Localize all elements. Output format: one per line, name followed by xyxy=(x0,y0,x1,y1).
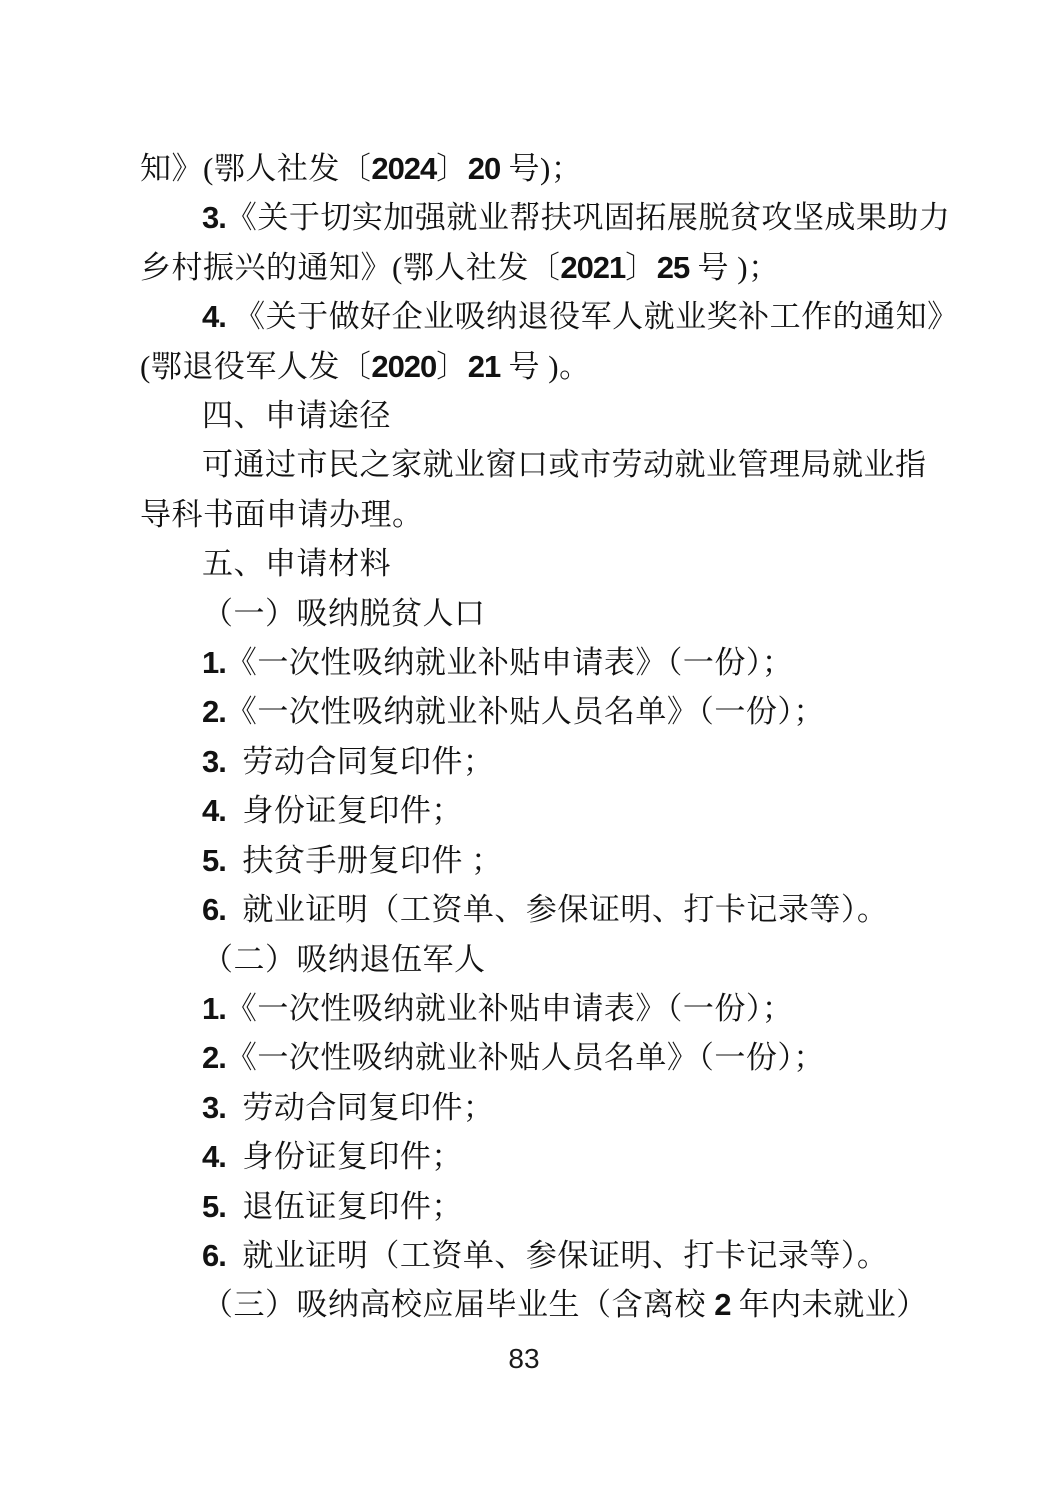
text-line: 4. 《关于做好企业吸纳退役军人就业奖补工作的通知》 xyxy=(140,292,930,341)
section-heading: 五、申请材料 xyxy=(140,539,930,588)
subsection-heading: （一）吸纳脱贫人口 xyxy=(140,589,930,638)
list-item: 3. 劳动合同复印件； xyxy=(140,1083,930,1132)
page-number: 83 xyxy=(0,1342,1048,1376)
list-item: 5. 退伍证复印件； xyxy=(140,1182,930,1231)
text-line: 知》(鄂人社发〔2024〕20 号)； xyxy=(140,144,930,193)
list-item: 6. 就业证明（工资单、参保证明、打卡记录等）。 xyxy=(140,885,930,934)
list-item: 2.《一次性吸纳就业补贴人员名单》（一份）； xyxy=(140,1033,930,1082)
subsection-heading: （三）吸纳高校应届毕业生（含离校 2 年内未就业） xyxy=(140,1280,930,1329)
list-item: 1.《一次性吸纳就业补贴申请表》（一份）； xyxy=(140,638,930,687)
list-item: 2.《一次性吸纳就业补贴人员名单》（一份）； xyxy=(140,687,930,736)
list-item: 1.《一次性吸纳就业补贴申请表》（一份）； xyxy=(140,984,930,1033)
text-line: 3.《关于切实加强就业帮扶巩固拓展脱贫攻坚成果助力 xyxy=(140,193,930,242)
text-line: 乡村振兴的通知》(鄂人社发〔2021〕25 号 )； xyxy=(140,243,930,292)
document-body: 知》(鄂人社发〔2024〕20 号)； 3.《关于切实加强就业帮扶巩固拓展脱贫攻… xyxy=(140,144,930,1330)
section-heading: 四、申请途径 xyxy=(140,391,930,440)
list-item: 4. 身份证复印件； xyxy=(140,786,930,835)
text-line: 可通过市民之家就业窗口或市劳动就业管理局就业指 xyxy=(140,440,930,489)
list-item: 3. 劳动合同复印件； xyxy=(140,737,930,786)
text-line: (鄂退役军人发〔2020〕21 号 )。 xyxy=(140,342,930,391)
list-item: 4. 身份证复印件； xyxy=(140,1132,930,1181)
list-item: 6. 就业证明（工资单、参保证明、打卡记录等）。 xyxy=(140,1231,930,1280)
text-line: 导科书面申请办理。 xyxy=(140,490,930,539)
subsection-heading: （二）吸纳退伍军人 xyxy=(140,935,930,984)
document-page: 知》(鄂人社发〔2024〕20 号)； 3.《关于切实加强就业帮扶巩固拓展脱贫攻… xyxy=(0,0,1048,1488)
list-item: 5. 扶贫手册复印件 ； xyxy=(140,836,930,885)
